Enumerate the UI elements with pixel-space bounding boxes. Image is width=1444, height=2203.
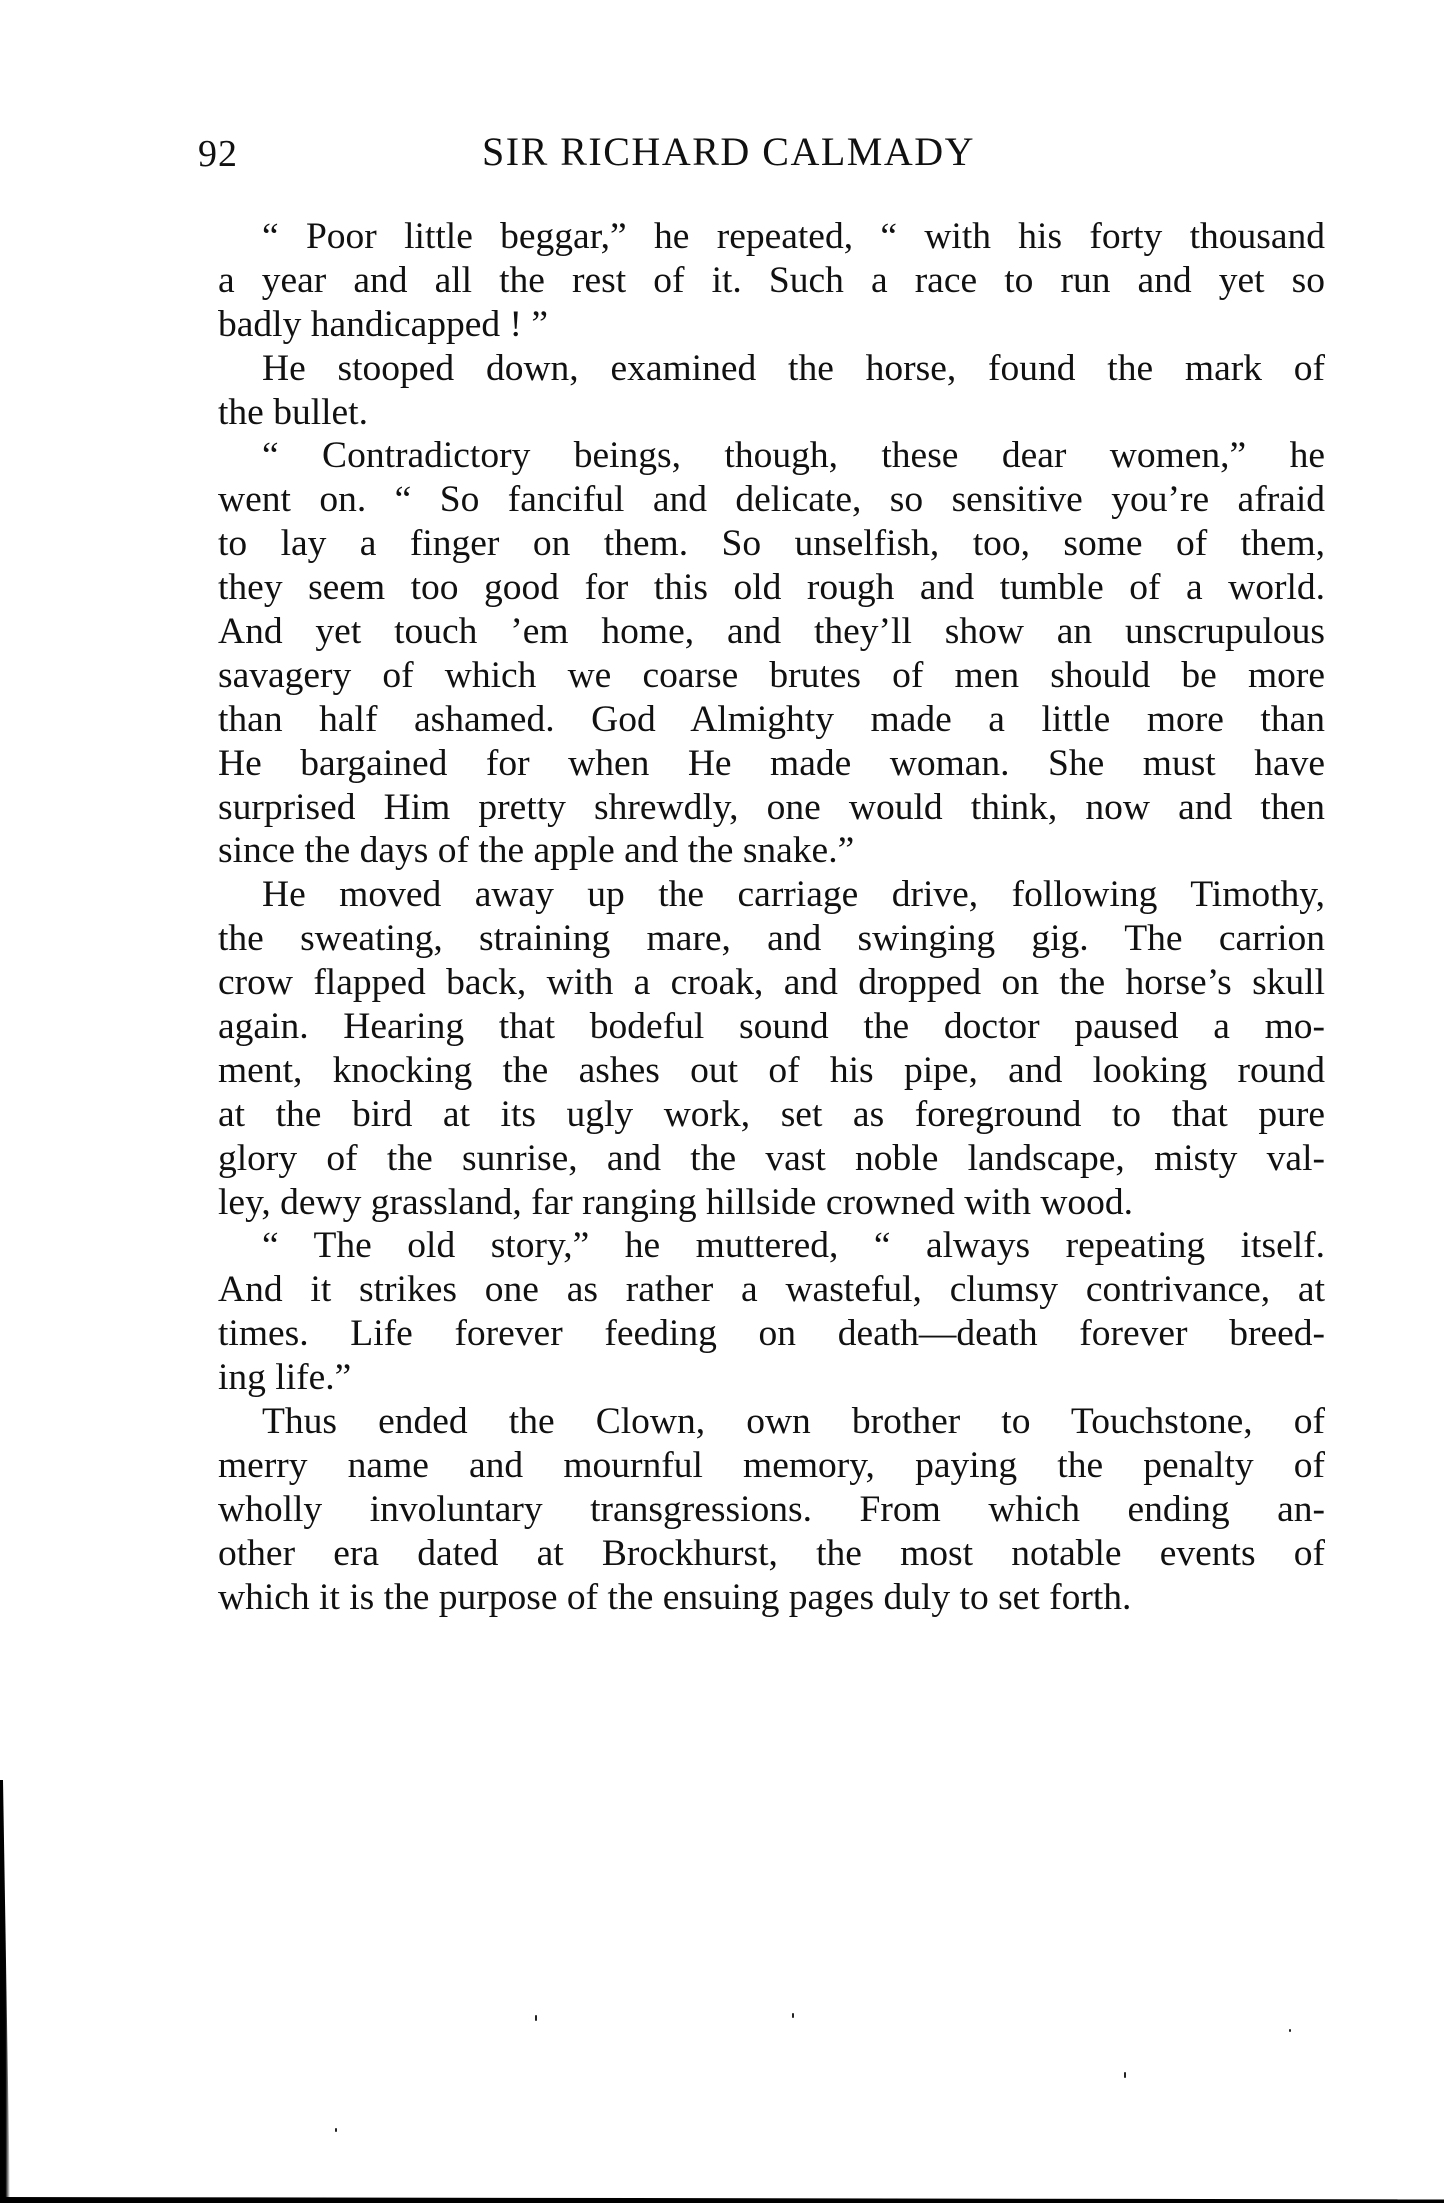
scan-speck	[1289, 2029, 1291, 2032]
text-line: times. Life forever feeding on death—dea…	[218, 1312, 1325, 1356]
text-line: they seem too good for this old rough an…	[218, 566, 1325, 610]
text-line: other era dated at Brockhurst, the most …	[218, 1532, 1325, 1576]
text-line: He moved away up the carriage drive, fol…	[218, 873, 1325, 917]
text-line: He stooped down, examined the horse, fou…	[218, 347, 1325, 391]
text-line: “ Contradictory beings, though, these de…	[218, 434, 1325, 478]
text-line: savagery of which we coarse brutes of me…	[218, 654, 1325, 698]
text-line: badly handicapped ! ”	[218, 303, 1325, 347]
scan-speck	[792, 2013, 794, 2018]
scan-speck	[535, 2015, 537, 2021]
body-text: “ Poor little beggar,” he repeated, “ wi…	[218, 215, 1325, 1620]
text-line: And yet touch ’em home, and they’ll show…	[218, 610, 1325, 654]
book-page: 92 SIR RICHARD CALMADY “ Poor little beg…	[0, 0, 1444, 2203]
text-line: surprised Him pretty shrewdly, one would…	[218, 786, 1325, 830]
scan-edge-bottom	[0, 2197, 1444, 2203]
scan-speck	[1124, 2072, 1126, 2078]
text-line: than half ashamed. God Almighty made a l…	[218, 698, 1325, 742]
text-line: at the bird at its ugly work, set as for…	[218, 1093, 1325, 1137]
text-line: He bargained for when He made woman. She…	[218, 742, 1325, 786]
text-line: ing life.”	[218, 1356, 1325, 1400]
text-line: since the days of the apple and the snak…	[218, 829, 1325, 873]
scan-speck	[335, 2128, 337, 2132]
text-line: to lay a finger on them. So unselfish, t…	[218, 522, 1325, 566]
text-line: glory of the sunrise, and the vast noble…	[218, 1137, 1325, 1181]
text-line: ment, knocking the ashes out of his pipe…	[218, 1049, 1325, 1093]
scan-edge-left	[0, 1780, 10, 2203]
text-line: wholly involuntary transgressions. From …	[218, 1488, 1325, 1532]
page-number: 92	[198, 132, 238, 176]
text-line: crow flapped back, with a croak, and dro…	[218, 961, 1325, 1005]
text-line: a year and all the rest of it. Such a ra…	[218, 259, 1325, 303]
text-line: merry name and mournful memory, paying t…	[218, 1444, 1325, 1488]
text-line: again. Hearing that bodeful sound the do…	[218, 1005, 1325, 1049]
text-line: “ The old story,” he muttered, “ always …	[218, 1224, 1325, 1268]
text-line: Thus ended the Clown, own brother to Tou…	[218, 1400, 1325, 1444]
text-line: “ Poor little beggar,” he repeated, “ wi…	[218, 215, 1325, 259]
text-line: And it strikes one as rather a wasteful,…	[218, 1268, 1325, 1312]
running-title: SIR RICHARD CALMADY	[482, 128, 975, 175]
running-head: 92 SIR RICHARD CALMADY	[198, 128, 1320, 178]
text-line: which it is the purpose of the ensuing p…	[218, 1576, 1325, 1620]
text-line: the bullet.	[218, 391, 1325, 435]
text-line: the sweating, straining mare, and swingi…	[218, 917, 1325, 961]
text-line: ley, dewy grassland, far ranging hillsid…	[218, 1181, 1325, 1225]
text-line: went on. “ So fanciful and delicate, so …	[218, 478, 1325, 522]
